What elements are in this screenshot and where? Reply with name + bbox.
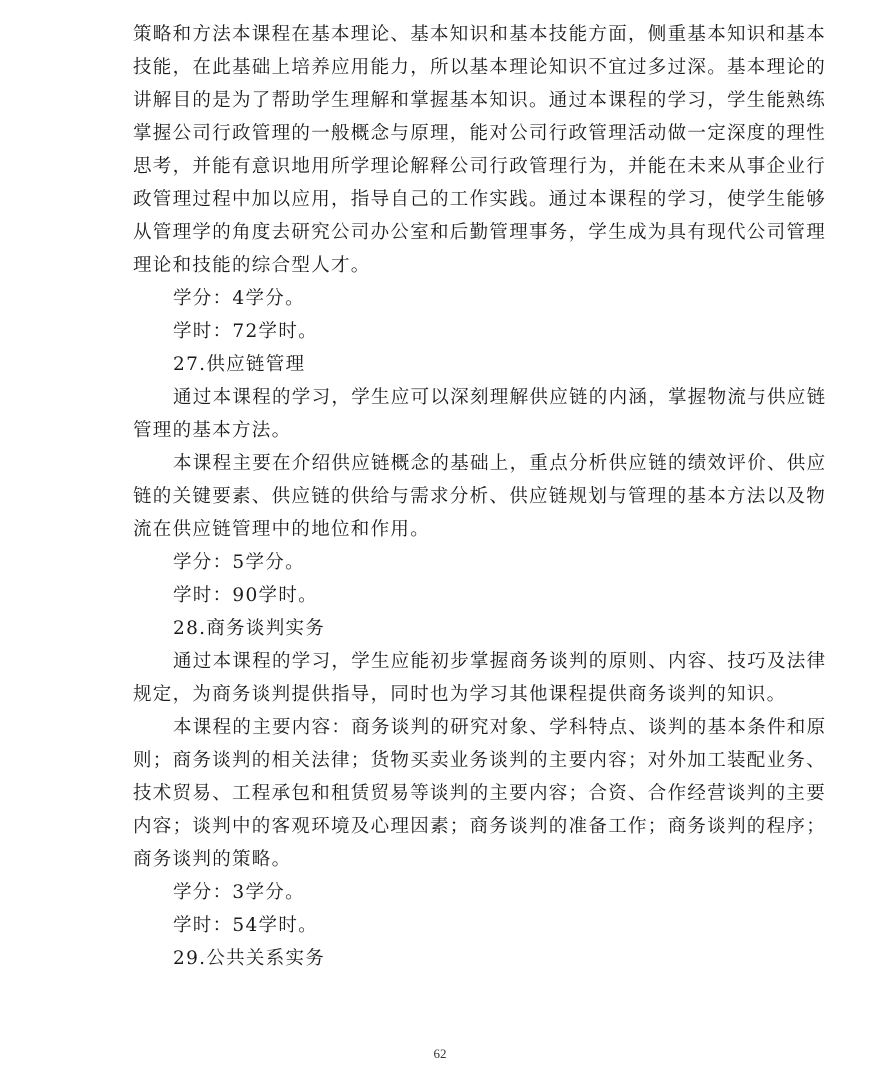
text-line: 技能，在此基础上培养应用能力，所以基本理论知识不宜过多过深。基本理论的 (133, 51, 747, 84)
credits-line: 学分：5学分。 (133, 546, 747, 579)
paragraph-continuation: 策略和方法本课程在基本理论、基本知识和基本技能方面，侧重基本知识和基本 技能，在… (133, 18, 747, 282)
text-line: 管理的基本方法。 (133, 414, 747, 447)
section-heading-27: 27.供应链管理 (133, 348, 747, 381)
text-line: 讲解目的是为了帮助学生理解和掌握基本知识。通过本课程的学习，学生能熟练 (133, 84, 747, 117)
text-line: 技术贸易、工程承包和租赁贸易等谈判的主要内容；合资、合作经营谈判的主要 (133, 777, 747, 810)
hours-line: 学时：90学时。 (133, 579, 747, 612)
text-line: 通过本课程的学习，学生应能初步掌握商务谈判的原则、内容、技巧及法律 (133, 645, 747, 678)
text-line: 则；商务谈判的相关法律；货物买卖业务谈判的主要内容；对外加工装配业务、 (133, 744, 747, 777)
text-line: 思考，并能有意识地用所学理论解释公司行政管理行为，并能在未来从事企业行 (133, 150, 747, 183)
section-heading-29: 29.公共关系实务 (133, 942, 747, 975)
paragraph-content: 本课程主要在介绍供应链概念的基础上，重点分析供应链的绩效评价、供应 链的关键要素… (133, 447, 747, 546)
credits-line: 学分：4学分。 (133, 282, 747, 315)
text-line: 从管理学的角度去研究公司办公室和后勤管理事务，学生成为具有现代公司管理 (133, 216, 747, 249)
page-number: 62 (0, 1046, 880, 1062)
text-line: 策略和方法本课程在基本理论、基本知识和基本技能方面，侧重基本知识和基本 (133, 18, 747, 51)
text-line: 规定，为商务谈判提供指导，同时也为学习其他课程提供商务谈判的知识。 (133, 678, 747, 711)
hours-line: 学时：72学时。 (133, 315, 747, 348)
section-heading-28: 28.商务谈判实务 (133, 612, 747, 645)
document-page: 策略和方法本课程在基本理论、基本知识和基本技能方面，侧重基本知识和基本 技能，在… (133, 18, 747, 975)
text-line: 本课程主要在介绍供应链概念的基础上，重点分析供应链的绩效评价、供应 (133, 447, 747, 480)
text-line: 内容；谈判中的客观环境及心理因素；商务谈判的准备工作；商务谈判的程序； (133, 810, 747, 843)
credits-line: 学分：3学分。 (133, 876, 747, 909)
text-line: 本课程的主要内容：商务谈判的研究对象、学科特点、谈判的基本条件和原 (133, 711, 747, 744)
text-line: 掌握公司行政管理的一般概念与原理，能对公司行政管理活动做一定深度的理性 (133, 117, 747, 150)
paragraph-content: 本课程的主要内容：商务谈判的研究对象、学科特点、谈判的基本条件和原 则；商务谈判… (133, 711, 747, 876)
paragraph-objective: 通过本课程的学习，学生应可以深刻理解供应链的内涵，掌握物流与供应链 管理的基本方… (133, 381, 747, 447)
text-line: 理论和技能的综合型人才。 (133, 249, 747, 282)
text-line: 流在供应链管理中的地位和作用。 (133, 513, 747, 546)
text-line: 链的关键要素、供应链的供给与需求分析、供应链规划与管理的基本方法以及物 (133, 480, 747, 513)
paragraph-objective: 通过本课程的学习，学生应能初步掌握商务谈判的原则、内容、技巧及法律 规定，为商务… (133, 645, 747, 711)
text-line: 政管理过程中加以应用，指导自己的工作实践。通过本课程的学习，使学生能够 (133, 183, 747, 216)
text-line: 通过本课程的学习，学生应可以深刻理解供应链的内涵，掌握物流与供应链 (133, 381, 747, 414)
text-line: 商务谈判的策略。 (133, 843, 747, 876)
hours-line: 学时：54学时。 (133, 909, 747, 942)
